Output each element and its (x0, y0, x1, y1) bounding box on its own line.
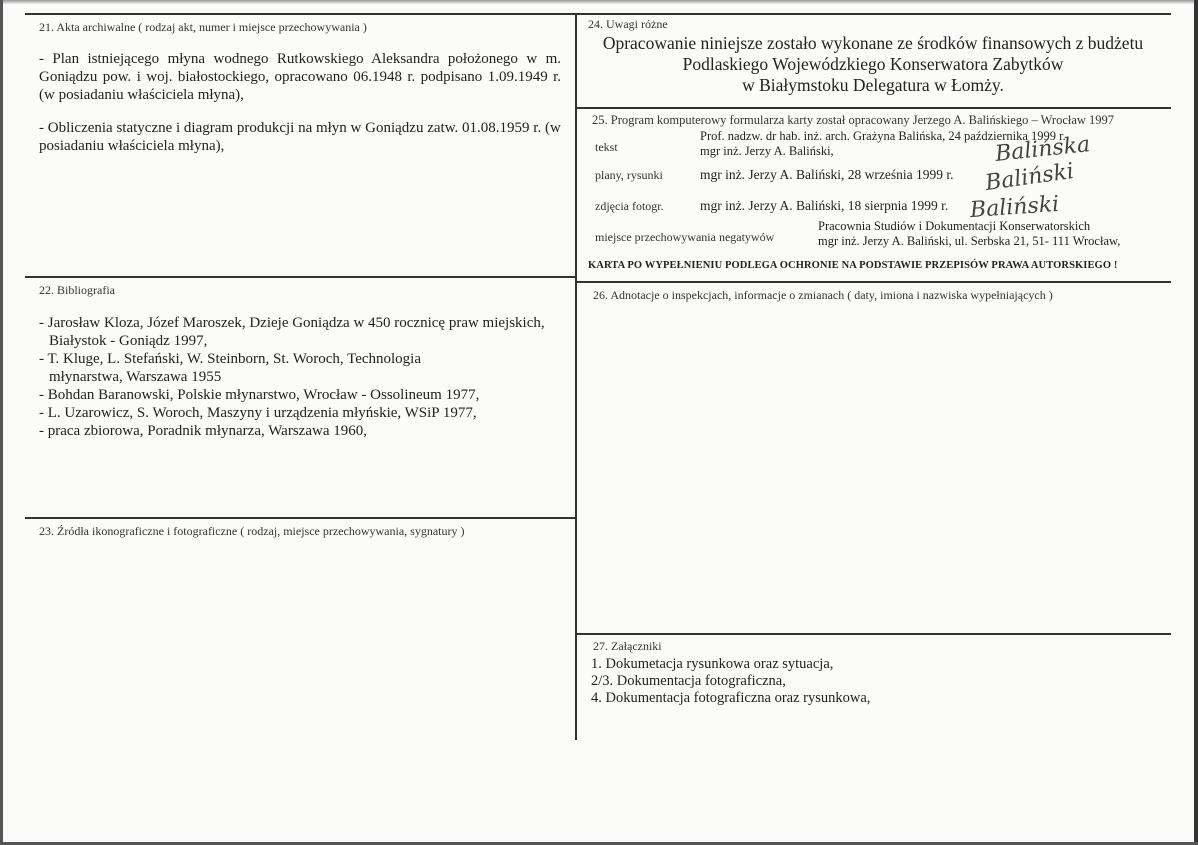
attachment-item: 2/3. Dokumentacja fotograficzna, (591, 673, 870, 690)
credit-key-drawings: plany, rysunki (595, 168, 663, 183)
bibliography-item: - praca zbiorowa, Poradnik młynarza, War… (39, 422, 569, 440)
divider-21-22 (25, 276, 576, 278)
credit-value: mgr inż. Jerzy A. Baliński, 18 sierpnia … (700, 198, 948, 214)
divider-26-27 (575, 633, 1171, 635)
top-border (25, 13, 1171, 15)
section-22-bibliography: 22. Bibliografia - Jarosław Kloza, Józef… (39, 283, 569, 440)
section-27-attachments: 27. Załączniki 1. Dokumetacja rysunkowa … (591, 639, 870, 707)
remarks-line: w Białymstoku Delegatura w Łomży. (575, 75, 1171, 96)
divider-25-26 (575, 281, 1171, 283)
section-24-title: 24. Uwagi różne (588, 17, 1171, 32)
section-23-title: 23. Źródła ikonograficzne i fotograficzn… (39, 524, 465, 539)
section-26-inspection-notes: 26. Adnotacje o inspekcjach, informacje … (593, 288, 1053, 303)
scan-edge-right (1194, 0, 1198, 845)
credit-key-photos: zdjęcia fotogr. (595, 199, 664, 214)
credit-value: mgr inż. Jerzy A. Baliński, ul. Serbska … (818, 234, 1120, 248)
section-23-iconographic-sources: 23. Źródła ikonograficzne i fotograficzn… (39, 524, 465, 539)
section-26-title: 26. Adnotacje o inspekcjach, informacje … (593, 288, 1053, 303)
scan-edge-left (0, 0, 3, 845)
credit-key-negatives: miejsce przechowywania negatywów (595, 230, 774, 245)
scan-edge-top (0, 0, 1198, 4)
bibliography-item: - L. Uzarowicz, S. Woroch, Maszyny i urz… (39, 404, 569, 422)
archival-item: - Obliczenia statyczne i diagram produkc… (39, 119, 561, 155)
attachment-item: 4. Dokumentacja fotograficzna oraz rysun… (591, 690, 870, 707)
credit-key-text: tekst (595, 140, 618, 155)
credit-value: mgr inż. Jerzy A. Baliński, (700, 144, 834, 158)
credit-value: Pracownia Studiów i Dokumentacji Konserw… (818, 219, 1090, 233)
bibliography-item: - Jarosław Kloza, Józef Maroszek, Dzieje… (39, 314, 569, 350)
section-24-remarks: 24. Uwagi różne Opracowanie niniejsze zo… (575, 17, 1171, 96)
remarks-line: Podlaskiego Wojewódzkiego Konserwatora Z… (575, 54, 1171, 75)
divider-22-23 (25, 517, 576, 519)
archival-item: - Plan istniejącego młyna wodnego Rutkow… (39, 50, 561, 104)
section-22-title: 22. Bibliografia (39, 283, 569, 298)
remarks-line: Opracowanie niniejsze zostało wykonane z… (575, 33, 1171, 54)
copyright-notice: KARTA PO WYPEŁNIENIU PODLEGA OCHRONIE NA… (588, 260, 1117, 271)
section-25-title: 25. Program komputerowy formularza karty… (592, 113, 1114, 127)
bibliography-item: - T. Kluge, L. Stefański, W. Steinborn, … (39, 350, 569, 386)
attachment-item: 1. Dokumetacja rysunkowa oraz sytuacja, (591, 656, 870, 673)
section-27-title: 27. Załączniki (593, 639, 870, 654)
credit-value: mgr inż. Jerzy A. Baliński, 28 września … (700, 167, 953, 183)
section-21-archival-records: 21. Akta archiwalne ( rodzaj akt, numer … (39, 20, 561, 155)
section-21-title: 21. Akta archiwalne ( rodzaj akt, numer … (39, 20, 561, 35)
bibliography-item: - Bohdan Baranowski, Polskie młynarstwo,… (39, 386, 569, 404)
section-25-credits: 25. Program komputerowy formularza karty… (575, 107, 1171, 281)
